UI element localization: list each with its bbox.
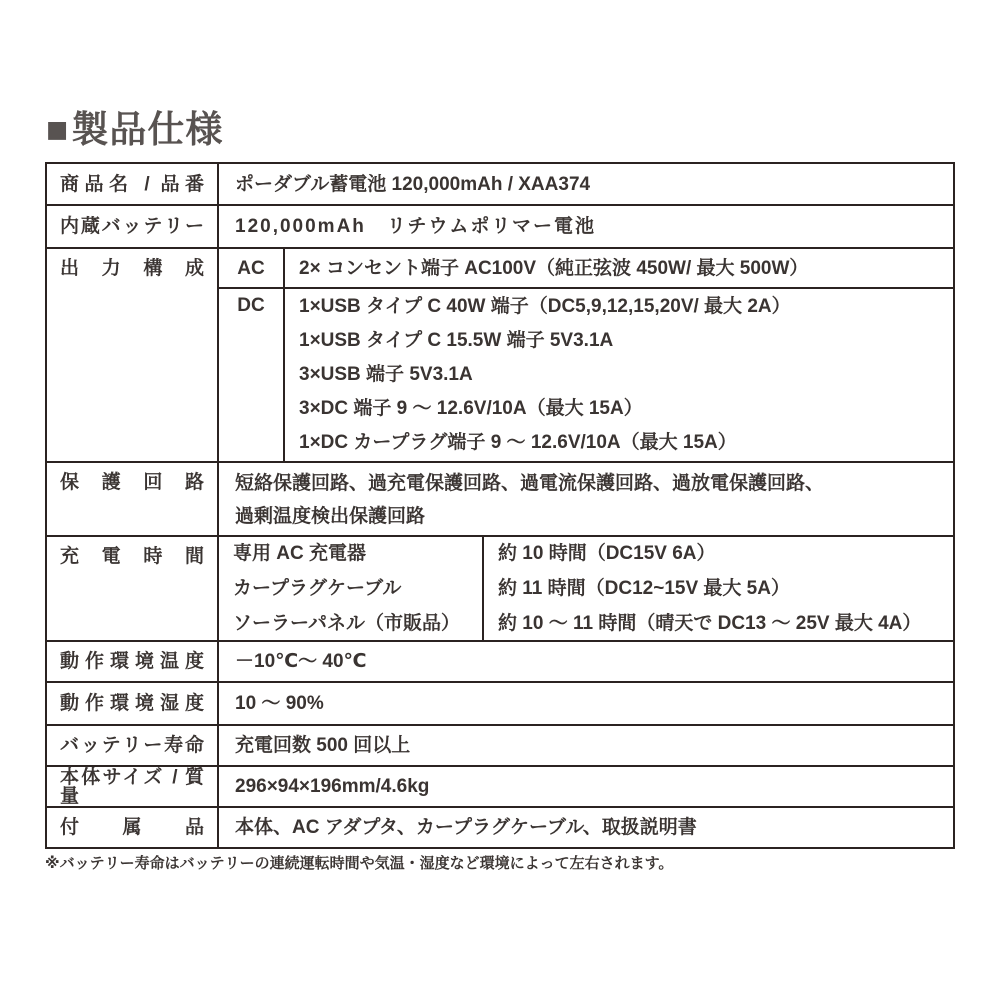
cell-dc-tag: DC xyxy=(219,289,285,461)
row-size-weight: 本体サイズ / 質量 296×94×196mm/4.6kg xyxy=(47,765,953,806)
charging-time: 約 11 時間（DC12~15V 最大 5A） xyxy=(498,571,939,606)
row-protection: 保護回路 短絡保護回路、過充電保護回路、過電流保護回路、過放電保護回路、 過剰温… xyxy=(47,461,953,535)
cell-label-protection: 保護回路 xyxy=(47,463,219,535)
cell-dc-values: 1×USB タイプ C 40W 端子（DC5,9,12,15,20V/ 最大 2… xyxy=(285,289,953,461)
charging-method: ソーラーパネル（市販品） xyxy=(233,606,468,641)
spec-table: 商品名 / 品番 ポーダブル蓄電池 120,000mAh / XAA374 内蔵… xyxy=(45,162,955,849)
cell-value-battery-life: 充電回数 500 回以上 xyxy=(219,726,953,765)
row-accessories: 付属品 本体、AC アダプタ、カープラグケーブル、取扱説明書 xyxy=(47,806,953,847)
label-temperature: 動作環境温度 xyxy=(60,652,204,671)
row-operating-temperature: 動作環境温度 －10℃～ 40℃ xyxy=(47,640,953,681)
cell-label-size-weight: 本体サイズ / 質量 xyxy=(47,767,219,806)
charging-time: 約 10 時間（DC15V 6A） xyxy=(498,536,939,571)
label-output: 出力構成 xyxy=(60,259,204,278)
cell-label-battery: 内蔵バッテリー xyxy=(47,206,219,247)
output-dc-row: DC 1×USB タイプ C 40W 端子（DC5,9,12,15,20V/ 最… xyxy=(219,289,953,461)
cell-value-protection: 短絡保護回路、過充電保護回路、過電流保護回路、過放電保護回路、 過剰温度検出保護… xyxy=(219,463,953,535)
label-charging: 充電時間 xyxy=(60,547,204,566)
cell-label-battery-life: バッテリー寿命 xyxy=(47,726,219,765)
row-battery: 内蔵バッテリー 120,000mAh リチウムポリマー電池 xyxy=(47,204,953,247)
cell-label-output: 出力構成 xyxy=(47,249,219,461)
dc-line: 3×USB 端子 5V3.1A xyxy=(299,358,939,392)
cell-ac-value: 2× コンセント端子 AC100V（純正弦波 450W/ 最大 500W） xyxy=(285,249,953,287)
cell-value-size-weight: 296×94×196mm/4.6kg xyxy=(219,767,953,806)
cell-label-product-name: 商品名 / 品番 xyxy=(47,164,219,204)
row-battery-life: バッテリー寿命 充電回数 500 回以上 xyxy=(47,724,953,765)
row-operating-humidity: 動作環境湿度 10 ～ 90% xyxy=(47,681,953,724)
dc-line: 1×USB タイプ C 15.5W 端子 5V3.1A xyxy=(299,324,939,358)
label-accessories: 付属品 xyxy=(60,818,204,837)
row-output: 出力構成 AC 2× コンセント端子 AC100V（純正弦波 450W/ 最大 … xyxy=(47,247,953,461)
row-charging-time: 充電時間 専用 AC 充電器 カープラグケーブル ソーラーパネル（市販品） 約 … xyxy=(47,535,953,640)
cell-value-product-name: ポーダブル蓄電池 120,000mAh / XAA374 xyxy=(219,164,953,204)
label-protection: 保護回路 xyxy=(60,473,204,492)
dc-line: 1×USB タイプ C 40W 端子（DC5,9,12,15,20V/ 最大 2… xyxy=(299,290,939,324)
cell-value-accessories: 本体、AC アダプタ、カープラグケーブル、取扱説明書 xyxy=(219,808,953,847)
cell-ac-tag: AC xyxy=(219,249,285,287)
spec-sheet-page: ■製品仕様 商品名 / 品番 ポーダブル蓄電池 120,000mAh / XAA… xyxy=(0,0,1000,1000)
cell-value-humidity: 10 ～ 90% xyxy=(219,683,953,724)
square-bullet-icon: ■ xyxy=(46,109,69,150)
protection-line: 過剰温度検出保護回路 xyxy=(235,500,937,533)
label-humidity: 動作環境湿度 xyxy=(60,694,204,713)
cell-charging-times: 約 10 時間（DC15V 6A） 約 11 時間（DC12~15V 最大 5A… xyxy=(484,537,953,640)
cell-label-accessories: 付属品 xyxy=(47,808,219,847)
protection-line: 短絡保護回路、過充電保護回路、過電流保護回路、過放電保護回路、 xyxy=(235,467,937,500)
cell-label-temperature: 動作環境温度 xyxy=(47,642,219,681)
charging-method: カープラグケーブル xyxy=(233,571,468,606)
cell-label-charging: 充電時間 xyxy=(47,537,219,640)
dc-line: 1×DC カープラグ端子 9 ～ 12.6V/10A（最大 15A） xyxy=(299,426,939,460)
charging-method: 専用 AC 充電器 xyxy=(233,536,468,571)
cell-value-battery: 120,000mAh リチウムポリマー電池 xyxy=(219,206,953,247)
dc-line: 3×DC 端子 9 ～ 12.6V/10A（最大 15A） xyxy=(299,392,939,426)
charging-time: 約 10 ～ 11 時間（晴天で DC13 ～ 25V 最大 4A） xyxy=(498,606,939,641)
output-ac-row: AC 2× コンセント端子 AC100V（純正弦波 450W/ 最大 500W） xyxy=(219,249,953,289)
output-subtable: AC 2× コンセント端子 AC100V（純正弦波 450W/ 最大 500W）… xyxy=(219,249,953,461)
cell-charging-methods: 専用 AC 充電器 カープラグケーブル ソーラーパネル（市販品） xyxy=(219,537,484,640)
page-title: ■製品仕様 xyxy=(46,107,223,153)
page-title-text: 製品仕様 xyxy=(71,109,223,150)
cell-label-humidity: 動作環境湿度 xyxy=(47,683,219,724)
battery-life-footnote: ※バッテリー寿命はバッテリーの連続運転時間や気温・湿度など環境によって左右されま… xyxy=(45,852,673,873)
label-size-weight: 本体サイズ / 質量 xyxy=(60,768,204,806)
cell-value-temperature: －10℃～ 40℃ xyxy=(219,642,953,681)
row-product-name: 商品名 / 品番 ポーダブル蓄電池 120,000mAh / XAA374 xyxy=(47,164,953,204)
label-product-name: 商品名 / 品番 xyxy=(60,175,204,194)
label-battery: 内蔵バッテリー xyxy=(60,217,204,236)
label-battery-life: バッテリー寿命 xyxy=(60,736,204,755)
